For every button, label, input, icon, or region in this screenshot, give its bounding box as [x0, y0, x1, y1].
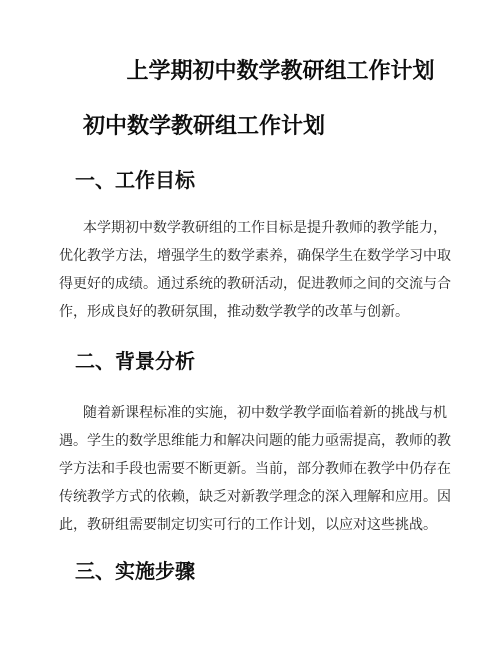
document-subtitle: 初中数学教研组工作计划 [59, 111, 460, 141]
section-paragraph-background-analysis: 随着新课程标准的实施，初中数学教学面临着新的挑战与机遇。学生的数学思维能力和解决… [59, 400, 460, 540]
section-heading-background-analysis: 二、背景分析 [59, 348, 460, 376]
document-page: 上学期初中数学教研组工作计划 初中数学教研组工作计划 一、工作目标 本学期初中数… [0, 0, 500, 647]
section-paragraph-work-goals: 本学期初中数学教研组的工作目标是提升教师的教学能力，优化教学方法，增强学生的数学… [59, 215, 460, 327]
section-heading-work-goals: 一、工作目标 [59, 167, 460, 195]
section-heading-implementation-steps: 三、实施步骤 [59, 558, 460, 586]
document-title: 上学期初中数学教研组工作计划 [59, 56, 460, 86]
